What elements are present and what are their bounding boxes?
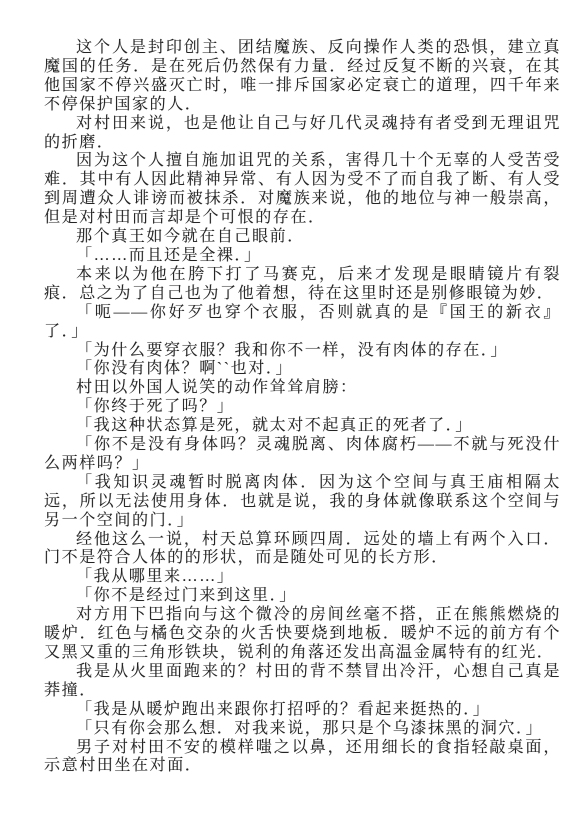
paragraph: 「我这种状态算是死，就太对不起真正的死者了．」 [44,417,561,436]
paragraph: 「我知识灵魂暂时脱离肉体．因为这个空间与真王庙相隔太远，所以无法使用身体．也就是… [44,474,561,531]
scanned-page: 这个人是封印创主、团结魔族、反向操作人类的恐惧，建立真魔国的任务．是在死后仍然保… [0,0,583,828]
text-block: 这个人是封印创主、团结魔族、反向操作人类的恐惧，建立真魔国的任务．是在死后仍然保… [44,39,561,776]
paragraph: 「呃——你好歹也穿个衣服，否则就真的是『国王的新衣』了．」 [44,304,561,342]
paragraph: 「你没有肉体？啊``也对．」 [44,360,561,379]
paragraph: 「你不是没有身体吗？灵魂脱离、肉体腐朽——不就与死没什么两样吗？」 [44,436,561,474]
paragraph: 对村田来说，也是他让自己与好几代灵魂持有者受到无理诅咒的折磨． [44,115,561,153]
paragraph: 「我是从暖炉跑出来跟你打招呼的？看起来挺热的．」 [44,701,561,720]
paragraph: 这个人是封印创主、团结魔族、反向操作人类的恐惧，建立真魔国的任务．是在死后仍然保… [44,39,561,115]
paragraph: 那个真王如今就在自己眼前． [44,228,561,247]
paragraph: 因为这个人擅自施加诅咒的关系，害得几十个无辜的人受苦受难．其中有人因此精神异常、… [44,152,561,228]
paragraph: 对方用下巴指向与这个微冷的房间丝毫不搭，正在熊熊燃烧的暖炉．红色与橘色交杂的火舌… [44,606,561,663]
paragraph: 「你不是经过门来到这里．」 [44,587,561,606]
paragraph: 「……而且还是全裸．」 [44,247,561,266]
paragraph: 本来以为他在胯下打了马赛克，后来才发现是眼睛镜片有裂痕．总之为了自己也为了他着想… [44,266,561,304]
paragraph: 「你终于死了吗？」 [44,398,561,417]
paragraph: 「我从哪里来……」 [44,568,561,587]
paragraph: 村田以外国人说笑的动作耸耸肩膀： [44,379,561,398]
paragraph: 「为什么要穿衣服？我和你不一样，没有肉体的存在．」 [44,342,561,361]
paragraph: 经他这么一说，村天总算环顾四周．远处的墙上有两个入口．门不是符合人体的的形状，而… [44,531,561,569]
paragraph: 「只有你会那么想．对我来说，那只是个乌漆抹黑的洞穴．」 [44,720,561,739]
paragraph: 男子对村田不安的模样嗤之以鼻，还用细长的食指轻敲桌面，示意村田坐在对面． [44,739,561,777]
paragraph: 我是从火里面跑来的？村田的背不禁冒出冷汗，心想自己真是莽撞． [44,663,561,701]
